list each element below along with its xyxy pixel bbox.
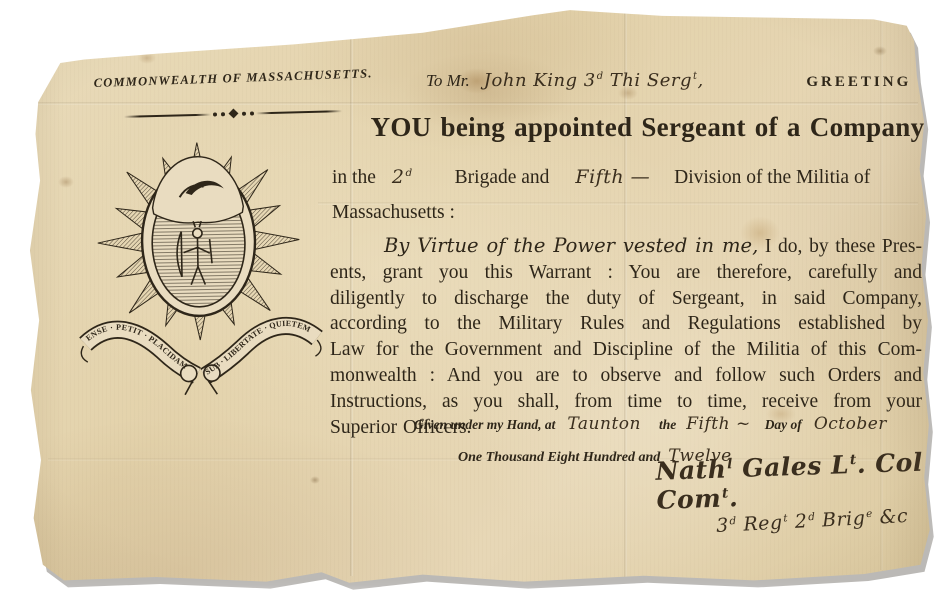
body-line: monwealth : And you are to observe and f… xyxy=(330,363,922,389)
month-handwritten: October xyxy=(814,414,887,434)
given-at-label: Given under my Hand, at xyxy=(414,417,555,433)
scanned-document-page: COMMONWEALTH OF MASSACHUSETTS. xyxy=(0,0,950,600)
state-line: Massachusetts : xyxy=(332,202,455,224)
warrant-body: By Virtue of the Power vested in me, I d… xyxy=(330,233,922,440)
execution-line: Given under my Hand, at Taunton the Fift… xyxy=(414,414,926,434)
salutation-line: To Mr. John King 3d Thi Sergt, GREETING … xyxy=(338,70,926,91)
stain-spot xyxy=(138,52,156,64)
year-printed-label: One Thousand Eight Hundred and xyxy=(458,450,660,466)
divider-ornament xyxy=(124,107,342,120)
stain-spot xyxy=(310,476,320,484)
day-of-label: Day of xyxy=(765,417,802,433)
seal-motto-right: SUB · LIBERTATE · QUIETEM xyxy=(203,318,313,376)
body-line: By Virtue of the Power vested in me, I d… xyxy=(330,233,922,260)
body-line: ents, grant you this Warrant : You are t… xyxy=(330,260,922,286)
day-handwritten: Fifth ~ xyxy=(686,414,750,434)
svg-text:SUB · LIBERTATE · QUIETEM: SUB · LIBERTATE · QUIETEM xyxy=(203,318,313,376)
divider-line-right xyxy=(255,110,342,114)
division-name-handwritten: Fifth — xyxy=(575,166,650,188)
greeting-label: GREETING : xyxy=(806,74,926,91)
brigade-number-handwritten: 2d xyxy=(392,166,413,188)
paper: COMMONWEALTH OF MASSACHUSETTS. xyxy=(18,6,938,588)
division-rest-label: Division of the Militia of xyxy=(674,167,870,189)
assignment-line: in the 2d Brigade and Fifth — Division o… xyxy=(332,166,928,189)
body-line: according to the Military Rules and Regu… xyxy=(330,311,922,337)
body-line: diligently to discharge the duty of Serg… xyxy=(330,286,922,312)
body-line: Instructions, as you shall, from time to… xyxy=(330,389,922,415)
massachusetts-seal-engraving: ENSE · PETIT · PLACIDAM SUB · LIBERTATE … xyxy=(66,132,333,405)
in-the-label: in the xyxy=(332,167,376,189)
place-handwritten: Taunton xyxy=(567,414,641,434)
fold-crease-horizontal-top xyxy=(38,102,918,105)
body-line: Law for the Government and Discipline of… xyxy=(330,337,922,363)
recipient-name-handwritten: John King 3d Thi Sergt, xyxy=(484,70,704,91)
brigade-and-label: Brigade and xyxy=(455,167,550,189)
letterhead: COMMONWEALTH OF MASSACHUSETTS. xyxy=(93,66,372,91)
the-label: the xyxy=(659,417,676,433)
divider-line-left xyxy=(124,113,211,117)
appointment-heading: YOU being appointed Sergeant of a Compan… xyxy=(360,112,935,143)
to-mr-label: To Mr. xyxy=(426,71,470,91)
stain-spot xyxy=(873,46,887,56)
